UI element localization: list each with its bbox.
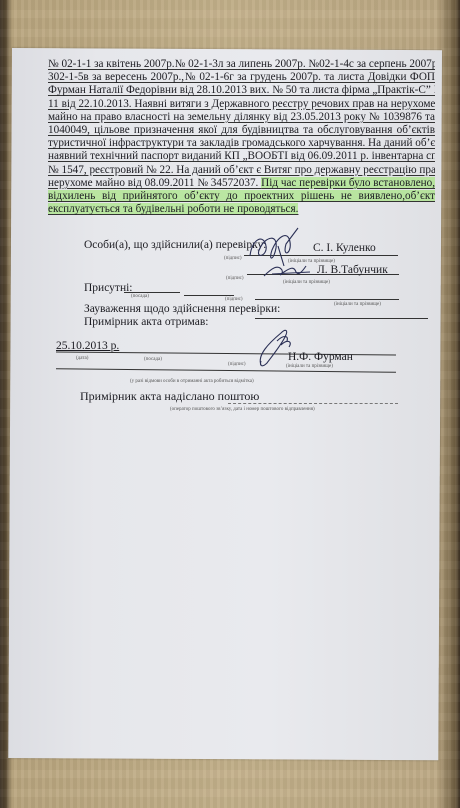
received-date: 25.10.2013 р. <box>56 340 119 352</box>
body-line: 1040049, цільове призначення якої для бу… <box>48 124 435 137</box>
refusal-caption: (у разі відмови особи в отриманні акта р… <box>130 379 254 384</box>
body-line: майно на право власності на земельну діл… <box>48 111 435 124</box>
position-caption: (посада) <box>131 294 149 299</box>
body-line-11: відхилень від прийнятого об’єкту до прое… <box>48 190 435 203</box>
signature-caption: (підпис) <box>226 276 244 281</box>
body-line: 11 від 22.10.2013. Наявні витяги з Держа… <box>48 98 435 111</box>
position-caption: (посада) <box>144 357 162 362</box>
initials-caption: (ініціали та прізвище) <box>283 280 330 285</box>
body-line: 302-1-5в за вересень 2007р.,№ 02-1-6г за… <box>48 71 435 84</box>
inspector2-name: Л. В.Табунчик <box>317 264 388 276</box>
body-line: № 02-1-1 за квітень 2007р.№ 02-1-3л за л… <box>48 58 435 71</box>
name-line <box>255 299 399 300</box>
body-line: наявний технічний паспорт виданий КП „ВО… <box>48 150 435 163</box>
mailed-caption: (оператор поштового зв’язку, дата і номе… <box>170 407 315 412</box>
mailed-line <box>228 403 398 404</box>
body-text-plain: нерухоме майно від 08.09.2011 № 34572037… <box>48 177 261 189</box>
signature-caption: (підпис) <box>225 297 243 302</box>
highlighted-text: відхилень від прийнятого об’єкту до прое… <box>48 190 435 202</box>
position-line <box>124 292 180 293</box>
highlighted-text: Під час перевірки було встановлено, що <box>261 177 435 189</box>
remarks-line <box>255 318 428 319</box>
signature-caption: (підпис) <box>228 362 246 367</box>
remarks-label: Зауваження щодо здійснення перевірки: <box>84 303 280 315</box>
document-body: № 02-1-1 за квітень 2007р.№ 02-1-3л за л… <box>48 58 435 216</box>
body-line: Фурман Наталії Федорівни від 28.10.2013 … <box>48 84 435 97</box>
initials-caption: (ініціали та прізвище) <box>334 302 381 307</box>
inspectors-label: Особи(а), що здійснили(а) перевірку: <box>84 239 266 251</box>
body-line-12: експлуатується та будівельні роботи не п… <box>48 203 435 216</box>
signature-furman <box>255 325 305 370</box>
mailed-label: Примірник акта надіслано поштою <box>80 389 259 404</box>
signature-line <box>184 295 234 296</box>
signature-caption: (підпис) <box>224 256 242 261</box>
body-line-10: нерухоме майно від 08.09.2011 № 34572037… <box>48 177 435 190</box>
highlighted-text: експлуатується та будівельні роботи не п… <box>48 203 298 215</box>
body-line: туристичної інфраструктури та закладів г… <box>48 137 435 150</box>
body-line: № 1547, реєстровий № 22. На даний об’єкт… <box>48 164 435 177</box>
copy-received-label: Примірник акта отримав: <box>84 316 208 328</box>
date-caption: (дата) <box>76 356 88 361</box>
signature-tabunchyk <box>262 262 317 280</box>
inspector1-name: С. І. Куленко <box>313 242 376 254</box>
